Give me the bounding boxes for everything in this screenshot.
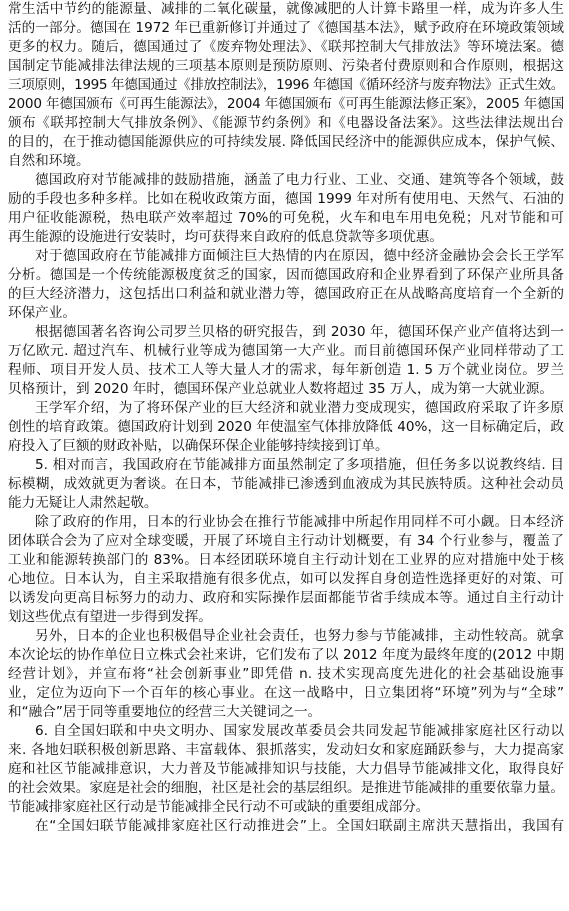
text-line: 本次论坛的协作单位日立株式会社来讲，它们发布了以 2012 年度为最终年度的(2… bbox=[8, 646, 564, 665]
text-line: 程师、项目开发人员、技术工人等大量人才的需求，每年新创造 1. 5 万个就业岗位… bbox=[8, 361, 564, 380]
text-line: 用户征收能源税，热电联产效率超过 70%的可免税，火车和电车用电免税；凡对节能和… bbox=[8, 209, 564, 228]
text-line: 工业和能源转换部门的 83%。日本经团联环境自主行动计划在工业界的应对措施中处于… bbox=[8, 551, 564, 570]
paragraph-first-line: 王学军介绍，为了将环保产业的巨大经济和就业潜力变成现实，德国政府采取了许多原 bbox=[8, 399, 564, 418]
text-line: 贝格预计，到 2020 年时，德国环保产业总就业人数将超过 35 万人，成为第一… bbox=[8, 380, 564, 399]
text-line: 励的手段也多种多样。比如在税收政策方面，德国 1999 年对所有使用电、天然气、… bbox=[8, 190, 564, 209]
paragraph-first-line: 根据德国著名咨询公司罗兰贝格的研究报告，到 2030 年，德国环保产业产值将达到… bbox=[8, 323, 564, 342]
text-line: 团体联合会为了应对全球变暖，开展了环境自主行动计划概要，有 34 个行业参与，覆… bbox=[8, 532, 564, 551]
text-line: 国制定节能减排法律法规的三项基本原则是预防原则、污染者付费原则和合作原则，根据这 bbox=[8, 57, 564, 76]
text-line: 来. 各地妇联积极创新思路、丰富载体、狠抓落实，发动妇女和家庭踊跃参与，大力提高… bbox=[8, 741, 564, 760]
text-line: 更多的权力。随后，德国通过了《废弃物处理法》、《联邦控制大气排放法》等环境法案。… bbox=[8, 38, 564, 57]
text-line: 心地位。日本认为，自主采取措施有很多优点，如可以发挥自身创造性选择更好的对策、可 bbox=[8, 570, 564, 589]
text-line: 的目的，在于推动德国能源供应的可持续发展. 降低国民经济中的能源供应成本，保护气… bbox=[8, 133, 564, 152]
text-line: 活的一部分。德国在 1972 年已重新修订并通过了《德国基本法》，赋予政府在环境… bbox=[8, 19, 564, 38]
text-line: 2000 年德国颁布《可再生能源法》，2004 年德国颁布《可再生能源法修正案》… bbox=[8, 95, 564, 114]
text-line: 三项原则，1995 年德国通过《排放控制法》，1996 年德国《循环经济与废弃物… bbox=[8, 76, 564, 95]
text-line: 环保产业。 bbox=[8, 304, 564, 323]
paragraph-first-line: 5. 相对而言，我国政府在节能减排方面虽然制定了多项措施，但任务多以说教终结. … bbox=[8, 456, 564, 475]
text-line: 创性的培育政策。德国政府计划到 2020 年使温室气体排放降低 40%，这一目标… bbox=[8, 418, 564, 437]
text-line: 的巨大经济潜力，这包括出口利益和就业潜力等，德国政府正在从战略高度培育一个全新的 bbox=[8, 285, 564, 304]
paragraph-first-line: 另外，日本的企业也积极倡导企业社会责任，也努力参与节能减排，主动性较高。就拿 bbox=[8, 627, 564, 646]
text-line: 能力无疑让人肃然起敬。 bbox=[8, 494, 564, 513]
text-line: 府投入了巨额的财政补贴，以确保环保企业能够持续接到订单。 bbox=[8, 437, 564, 456]
document-page: 常生活中节约的能源量、减排的二氧化碳量，就像减肥的人计算卡路里一样，成为许多人生… bbox=[8, 0, 564, 836]
text-line: 标模糊，成效就更为奢谈。在日本，节能减排已渗透到血液成为其民族特质。这种社会动员 bbox=[8, 475, 564, 494]
text-line: 自然和环境。 bbox=[8, 152, 564, 171]
text-line: 分析。德国是一个传统能源极度贫乏的国家，因而德国政府和企业界看到了环保产业所具备 bbox=[8, 266, 564, 285]
text-line: 经营计划》，并宣布将“社会创新事业”即凭借 n. 技术实现高度先进化的社会基础设… bbox=[8, 665, 564, 684]
paragraph-first-line: 6. 自全国妇联和中央文明办、国家发展改革委员会共同发起节能减排家庭社区行动以 bbox=[8, 722, 564, 741]
text-line: 和“融合”居于同等重要地位的经营三大关键词之一。 bbox=[8, 703, 564, 722]
text-line: 庭和社区节能减排意识，大力普及节能减排知识与技能，大力倡导节能减排文化，取得良好 bbox=[8, 760, 564, 779]
text-line: 节能减排家庭社区行动是节能减排全民行动不可或缺的重要组成部分。 bbox=[8, 798, 564, 817]
paragraph-first-line: 在“全国妇联节能减排家庭社区行动推进会”上。全国妇联副主席洪天慧指出，我国有 bbox=[8, 817, 564, 836]
text-line: 的社会效果。家庭是社会的细胞，社区是社会的基层组织。是推进节能减排的重要依靠力量… bbox=[8, 779, 564, 798]
text-line: 再生能源的设施进行安装时，均可获得来自政府的低息贷款等多项优惠。 bbox=[8, 228, 564, 247]
text-line: 划这些优点有望进一步得到发挥。 bbox=[8, 608, 564, 627]
paragraph-first-line: 德国政府对节能减排的鼓励措施，涵盖了电力行业、工业、交通、建筑等各个领域，鼓 bbox=[8, 171, 564, 190]
text-line: 以诱发向更高目标努力的动力、政府和实际操作层面都能节省手续成本等。通过自主行动计 bbox=[8, 589, 564, 608]
paragraph-first-line: 对于德国政府在节能减排方面倾注巨大热情的内在原因，德中经济金融协会会长王学军 bbox=[8, 247, 564, 266]
paragraph-first-line: 除了政府的作用，日本的行业协会在推行节能减排中所起作用同样不可小觑。日本经济 bbox=[8, 513, 564, 532]
text-line: 常生活中节约的能源量、减排的二氧化碳量，就像减肥的人计算卡路里一样，成为许多人生 bbox=[8, 0, 564, 19]
text-line: 业，定位为迈向下一个百年的核心事业。在这一战略中，日立集团将“环境”列为与“全球… bbox=[8, 684, 564, 703]
text-line: 万亿欧元. 超过汽车、机械行业等成为德国第一大产业。而目前德国环保产业同样带动了… bbox=[8, 342, 564, 361]
text-line: 颁布《联邦控制大气排放条例》、《能源节约条例》和《电器设备法案》。这些法律法规出… bbox=[8, 114, 564, 133]
